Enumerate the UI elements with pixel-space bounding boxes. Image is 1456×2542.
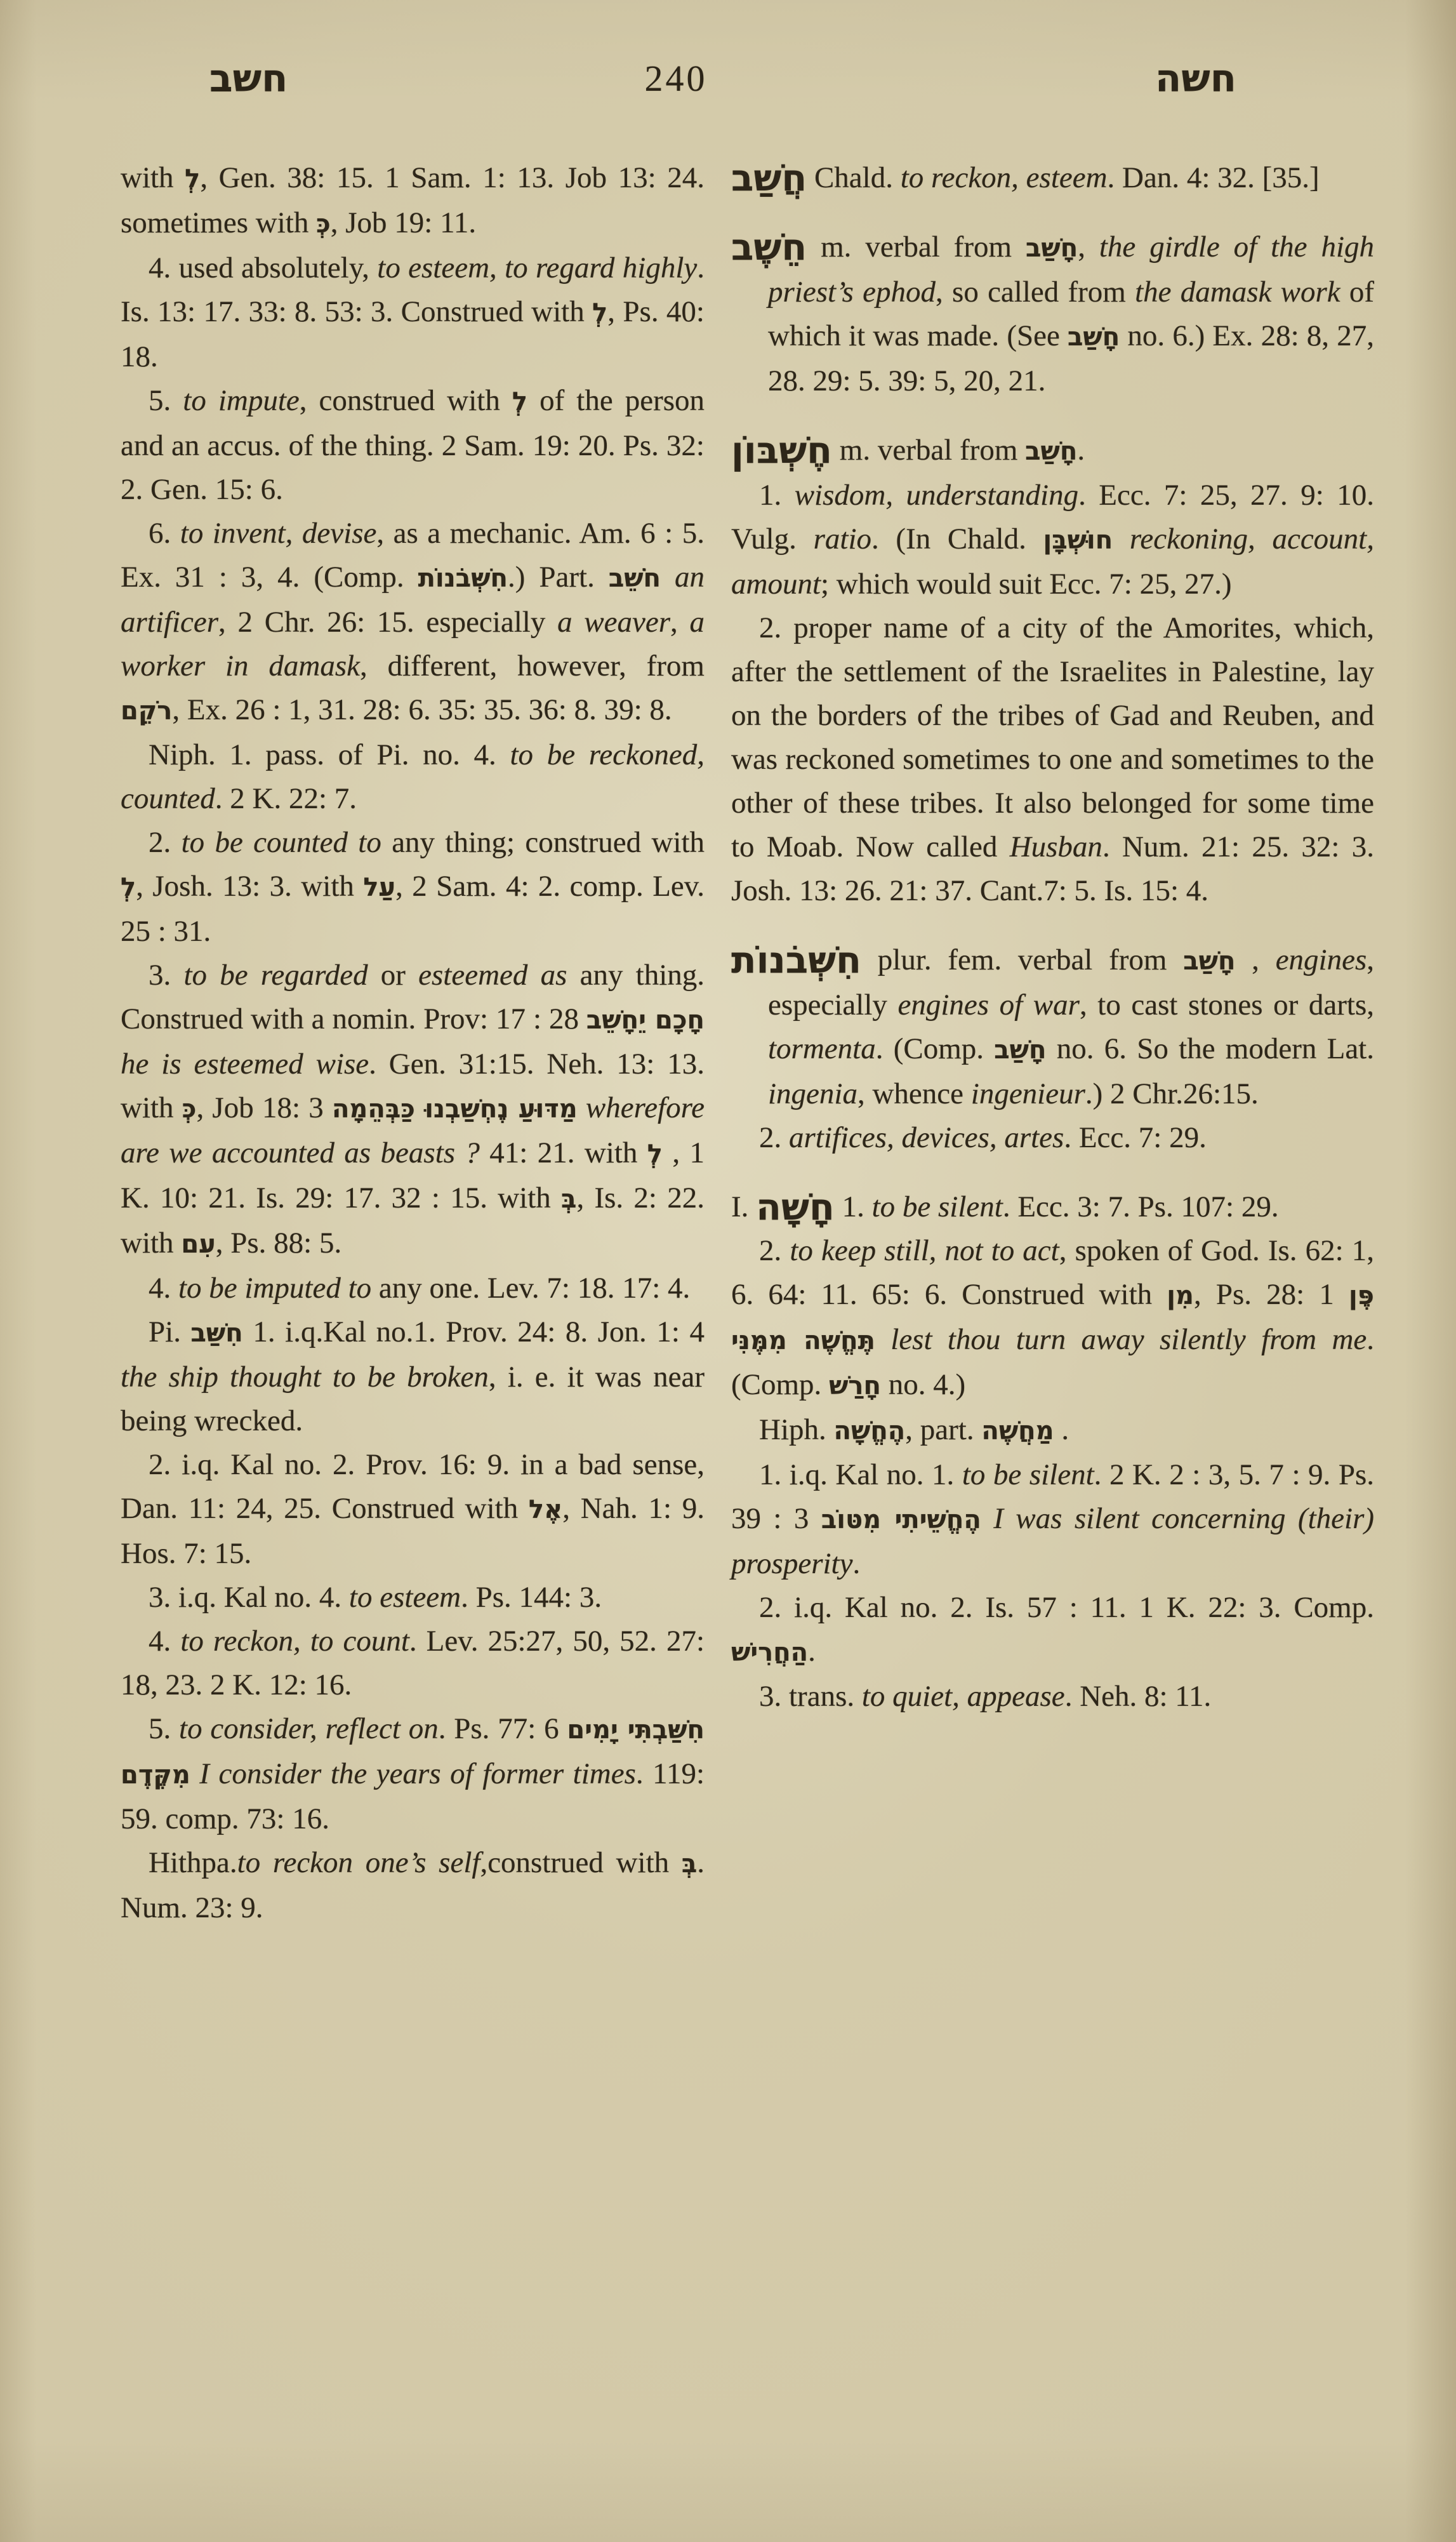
italic-text: to reckon one’s self bbox=[237, 1846, 480, 1879]
text-segment: Pi. bbox=[149, 1315, 191, 1348]
hebrew-word: לְ bbox=[592, 298, 607, 328]
hebrew-headword: חֵשֶׁב bbox=[731, 225, 807, 269]
hebrew-word: הֶחֱשָׁה bbox=[834, 1416, 906, 1446]
text-segment: , Job 18: 3 bbox=[196, 1091, 332, 1124]
text-segment: ; which would suit Ecc. 7: 25, 27.) bbox=[821, 568, 1231, 601]
italic-text: to esteem, to regard highly bbox=[377, 251, 697, 284]
hebrew-word: לְ bbox=[185, 164, 200, 194]
text-segment: m. verbal from bbox=[807, 230, 1026, 263]
hebrew-headword: חִשְּׁבֹנוֹת bbox=[731, 938, 861, 982]
text-segment: no. 4.) bbox=[881, 1368, 965, 1401]
paragraph: 4. to be imputed to any one. Lev. 7: 18.… bbox=[121, 1267, 705, 1310]
text-segment: , Ps. 88: 5. bbox=[216, 1227, 342, 1260]
text-segment bbox=[981, 1502, 993, 1535]
text-segment: , bbox=[1235, 943, 1275, 976]
text-segment: 5. bbox=[149, 384, 183, 417]
text-segment: 4. used absolutely, bbox=[149, 251, 377, 284]
left-catchword-hebrew: חשב bbox=[209, 53, 288, 104]
hebrew-word: חִשְּׁבֹנוֹת bbox=[418, 564, 508, 593]
hebrew-word: חוּשְׁבָּן bbox=[1043, 526, 1113, 555]
hebrew-word: כְּ bbox=[316, 210, 331, 239]
paragraph: 1. i.q. Kal no. 1. to be silent. 2 K. 2 … bbox=[731, 1453, 1374, 1586]
text-segment: , different, however, from bbox=[360, 649, 705, 682]
text-segment: 3. bbox=[149, 959, 183, 992]
text-segment: , Ex. 26 : 1, 31. 28: 6. 35: 35. 36: 8. … bbox=[172, 693, 672, 726]
text-segment: 5. bbox=[149, 1712, 179, 1745]
italic-text: engines bbox=[1276, 943, 1367, 976]
text-segment: 2. bbox=[149, 826, 182, 859]
text-segment: . (Comp. bbox=[876, 1032, 995, 1065]
text-segment: Niph. 1. pass. of Pi. no. 4. bbox=[149, 738, 510, 771]
right-catchword-hebrew: חשה bbox=[1155, 53, 1236, 104]
text-segment: 2. bbox=[759, 1121, 789, 1154]
column-right: חֲשַׁב Chald. to reckon, esteem. Dan. 4:… bbox=[731, 156, 1374, 1930]
text-segment: 2. i.q. Kal no. 2. Is. 57 : 11. 1 K. 22:… bbox=[759, 1591, 1374, 1624]
paragraph: Hithpa.to reckon one’s self,construed wi… bbox=[121, 1841, 705, 1930]
hebrew-headword: חֲשַׁב bbox=[731, 156, 807, 199]
hebrew-word: חָשַׁב bbox=[1183, 947, 1235, 976]
italic-text: to invent, devise bbox=[180, 517, 377, 550]
text-segment: . bbox=[1077, 434, 1085, 467]
italic-text: to be silent bbox=[872, 1190, 1003, 1223]
italic-text: to be silent bbox=[962, 1458, 1094, 1491]
italic-text: to quiet, appease bbox=[862, 1680, 1065, 1713]
text-segment: Hithpa. bbox=[149, 1846, 237, 1879]
hebrew-word: לְ bbox=[647, 1140, 663, 1169]
text-segment: 4. bbox=[149, 1272, 178, 1305]
text-segment: . bbox=[852, 1547, 860, 1580]
text-segment: . Ps. 144: 3. bbox=[461, 1581, 602, 1614]
text-segment: 1. i.q.Kal no.1. Prov. 24: 8. Jon. 1: 4 bbox=[243, 1315, 705, 1348]
hebrew-word: חָשַׁב bbox=[994, 1035, 1046, 1065]
text-segment: .) 2 Chr.26:15. bbox=[1085, 1077, 1259, 1110]
italic-text: artifices, devices, artes bbox=[789, 1121, 1064, 1154]
text-segment: with bbox=[121, 161, 185, 194]
text-segment: . Ps. 77: 6 bbox=[439, 1712, 567, 1745]
hebrew-word: הַחֲרִישׁ bbox=[731, 1638, 808, 1667]
text-segment: . bbox=[1054, 1413, 1069, 1446]
italic-text: the damask work bbox=[1135, 276, 1340, 309]
paragraph: 3. trans. to quiet, appease. Neh. 8: 11. bbox=[731, 1675, 1374, 1719]
hebrew-word: חָשַׁב bbox=[1068, 323, 1120, 352]
paragraph: 2. i.q. Kal no. 2. Is. 57 : 11. 1 K. 22:… bbox=[731, 1586, 1374, 1675]
text-segment: no. 6. So the modern Lat. bbox=[1047, 1032, 1375, 1065]
text-segment: . Ecc. 3: 7. Ps. 107: 29. bbox=[1003, 1190, 1279, 1223]
text-segment: 4. bbox=[149, 1625, 180, 1658]
text-segment bbox=[875, 1323, 890, 1356]
hebrew-word: כְּ bbox=[182, 1095, 197, 1124]
entry-paragraph: חֶשְׁבּוֹן m. verbal from חָשַׁב. bbox=[731, 429, 1374, 474]
text-segment: . (In Chald. bbox=[871, 522, 1043, 556]
italic-text: to keep still, not to act bbox=[790, 1234, 1059, 1267]
text-segment: , so called from bbox=[936, 276, 1135, 309]
text-segment: 1. i.q. Kal no. 1. bbox=[759, 1458, 962, 1491]
column-left: with לְ, Gen. 38: 15. 1 Sam. 1: 13. Job … bbox=[121, 156, 705, 1930]
paragraph: 4. to reckon, to count. Lev. 25:27, 50, … bbox=[121, 1620, 705, 1707]
italic-text: engines of war bbox=[898, 988, 1080, 1021]
running-head: חשב 240 חשה bbox=[0, 53, 1456, 110]
entry-paragraph: חֲשַׁב Chald. to reckon, esteem. Dan. 4:… bbox=[731, 156, 1374, 200]
italic-text: to be counted to bbox=[182, 826, 381, 859]
entry-paragraph: חִשְּׁבֹנוֹת plur. fem. verbal from חָשַ… bbox=[731, 938, 1374, 1116]
italic-text: Husban bbox=[1010, 830, 1102, 863]
paragraph: Niph. 1. pass. of Pi. no. 4. to be recko… bbox=[121, 733, 705, 821]
text-segment: , 2 Chr. 26: 15. especially bbox=[218, 606, 557, 639]
text-segment: or bbox=[368, 959, 419, 992]
page-number: 240 bbox=[619, 53, 733, 104]
text-segment: Chald. bbox=[807, 161, 901, 194]
hebrew-word: עַל bbox=[363, 873, 395, 902]
italic-text: lest thou turn away silently from me bbox=[890, 1323, 1367, 1356]
italic-text: the ship thought to be broken bbox=[121, 1361, 489, 1394]
paragraph: 2. proper name of a city of the Amorites… bbox=[731, 606, 1374, 913]
text-segment: plur. fem. verbal from bbox=[861, 943, 1183, 976]
text-segment: 3. i.q. Kal no. 4. bbox=[149, 1581, 349, 1614]
paragraph: 2. artifices, devices, artes. Ecc. 7: 29… bbox=[731, 1116, 1374, 1160]
entry-paragraph: חֵשֶׁב m. verbal from חָשַׁב, the girdle… bbox=[731, 225, 1374, 403]
text-segment: 1. bbox=[835, 1190, 872, 1223]
hebrew-word: חֹשֵׁב bbox=[609, 564, 661, 593]
hebrew-word: רֹקֵם bbox=[121, 696, 172, 726]
italic-text: to be imputed to bbox=[178, 1272, 371, 1305]
paragraph: 2. to be counted to any thing; construed… bbox=[121, 821, 705, 954]
italic-text: to reckon, esteem bbox=[901, 161, 1108, 194]
text-segment: . Neh. 8: 11. bbox=[1065, 1680, 1212, 1713]
hebrew-word: לְ bbox=[512, 387, 527, 416]
italic-text: to reckon, to count bbox=[180, 1625, 409, 1658]
text-columns: with לְ, Gen. 38: 15. 1 Sam. 1: 13. Job … bbox=[121, 156, 1374, 1930]
text-segment: . Ecc. 7: 29. bbox=[1064, 1121, 1207, 1154]
text-segment: , Job 19: 11. bbox=[331, 206, 476, 239]
hebrew-headword: חֶשְׁבּוֹן bbox=[731, 429, 832, 472]
hebrew-word: חָכָם יֵחָשֵׁב bbox=[586, 1006, 705, 1035]
text-segment: any one. Lev. 7: 18. 17: 4. bbox=[371, 1272, 690, 1305]
text-segment: 3. trans. bbox=[759, 1680, 862, 1713]
paragraph: Pi. חִשַּׁב 1. i.q.Kal no.1. Prov. 24: 8… bbox=[121, 1310, 705, 1443]
hebrew-word: חִשַּׁב bbox=[191, 1319, 243, 1348]
hebrew-word: עִם bbox=[181, 1230, 215, 1259]
hebrew-word: חָרַשׁ bbox=[829, 1371, 881, 1401]
paragraph: 1. wisdom, understanding. Ecc. 7: 25, 27… bbox=[731, 474, 1374, 606]
text-segment: 41: 21. with bbox=[480, 1136, 647, 1169]
text-segment: , construed with bbox=[300, 384, 512, 417]
paragraph: with לְ, Gen. 38: 15. 1 Sam. 1: 13. Job … bbox=[121, 156, 705, 246]
hebrew-word: מַחֲשֶׁה bbox=[981, 1416, 1054, 1446]
text-segment: Hiph. bbox=[759, 1413, 834, 1446]
paragraph: 6. to invent, devise, as a mechanic. Am.… bbox=[121, 512, 705, 733]
paragraph: Hiph. הֶחֱשָׁה, part. מַחֲשֶׁה . bbox=[731, 1408, 1374, 1453]
text-segment: , Josh. 13: 3. with bbox=[136, 870, 363, 903]
text-segment: any thing; construed with bbox=[381, 826, 705, 859]
hebrew-word: מַדּוּעַ נֶחְשַׁבְנוּ כַּבְּהֵמָה bbox=[332, 1095, 578, 1124]
hebrew-word: חָשַׁב bbox=[1026, 234, 1078, 263]
paragraph: 5. to impute, construed with לְ of the p… bbox=[121, 379, 705, 512]
text-segment: 6. bbox=[149, 517, 180, 550]
entry-paragraph: I. חָשָׁה 1. to be silent. Ecc. 3: 7. Ps… bbox=[731, 1185, 1374, 1229]
text-segment: , bbox=[670, 606, 689, 639]
italic-text: ratio bbox=[814, 522, 871, 556]
text-segment: I. bbox=[731, 1190, 756, 1223]
text-segment: .) Part. bbox=[508, 561, 609, 594]
text-segment: , bbox=[1078, 230, 1099, 263]
paragraph: 3. to be regarded or esteemed as any thi… bbox=[121, 954, 705, 1267]
text-segment: 2. bbox=[759, 1234, 790, 1267]
hebrew-word: חָשַׁב bbox=[1025, 437, 1077, 466]
text-segment: 2. proper name of a city of the Amorites… bbox=[731, 611, 1374, 863]
paragraph: 2. to keep still, not to act, spoken of … bbox=[731, 1229, 1374, 1408]
text-segment bbox=[1113, 522, 1130, 556]
text-segment bbox=[578, 1091, 586, 1124]
italic-text: to esteem bbox=[349, 1581, 461, 1614]
italic-text: wisdom, understanding bbox=[795, 479, 1078, 512]
text-segment: , to cast stones or darts, bbox=[1080, 988, 1374, 1021]
text-segment bbox=[661, 561, 675, 594]
italic-text: he is esteemed wise bbox=[121, 1048, 369, 1081]
italic-text: I consider the years of former times bbox=[199, 1757, 636, 1790]
italic-text: ingenia bbox=[768, 1077, 857, 1110]
italic-text: a weaver bbox=[557, 606, 670, 639]
italic-text: to consider, reflect on bbox=[179, 1712, 439, 1745]
italic-text: esteemed as bbox=[418, 959, 567, 992]
paragraph: 3. i.q. Kal no. 4. to esteem. Ps. 144: 3… bbox=[121, 1576, 705, 1620]
text-segment: , Ps. 28: 1 bbox=[1194, 1278, 1349, 1311]
italic-text: ingenieur bbox=[971, 1077, 1085, 1110]
italic-text: to be regarded bbox=[183, 959, 367, 992]
italic-text: tormenta bbox=[768, 1032, 876, 1065]
text-segment bbox=[190, 1757, 200, 1790]
text-segment: m. verbal from bbox=[832, 434, 1025, 467]
text-segment: , part. bbox=[905, 1413, 981, 1446]
paragraph: 2. i.q. Kal no. 2. Prov. 16: 9. in a bad… bbox=[121, 1443, 705, 1576]
text-segment: , whence bbox=[857, 1077, 971, 1110]
hebrew-word: בְּ bbox=[561, 1185, 576, 1214]
text-segment: ,construed with bbox=[480, 1846, 681, 1879]
italic-text: to impute bbox=[183, 384, 300, 417]
hebrew-word: אֶל bbox=[529, 1495, 562, 1524]
hebrew-headword: חָשָׁה bbox=[756, 1185, 835, 1228]
scanned-lexicon-page: חשב 240 חשה with לְ, Gen. 38: 15. 1 Sam.… bbox=[0, 0, 1456, 2542]
text-segment: . Dan. 4: 32. [35.] bbox=[1108, 161, 1320, 194]
text-segment: . bbox=[808, 1635, 816, 1668]
paragraph: 5. to consider, reflect on. Ps. 77: 6 חִ… bbox=[121, 1707, 705, 1841]
text-segment: 1. bbox=[759, 479, 795, 512]
paragraph: 4. used absolutely, to esteem, to regard… bbox=[121, 246, 705, 379]
hebrew-word: בְּ bbox=[682, 1849, 697, 1879]
text-segment: . 2 K. 22: 7. bbox=[215, 782, 357, 815]
hebrew-word: לְ bbox=[121, 873, 136, 902]
hebrew-word: הֶחֱשֵׁיתִי מִטּוֹב bbox=[821, 1505, 981, 1534]
hebrew-word: מִן bbox=[1167, 1281, 1194, 1310]
